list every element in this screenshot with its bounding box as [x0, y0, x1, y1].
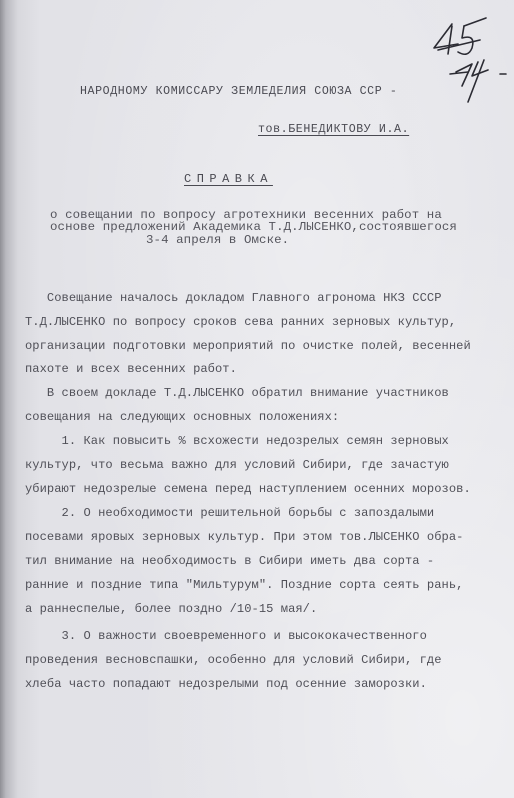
- body-line: культур, что весьма важно для условий Си…: [25, 458, 449, 472]
- body-line: хлеба часто попадают недозрелыми под осе…: [25, 677, 427, 691]
- body-line: Т.Д.ЛЫСЕНКО по вопросу сроков сева ранни…: [25, 315, 456, 329]
- body-line: 1. Как повысить % всхожести недозрелых с…: [25, 434, 449, 448]
- document-title: СПРАВКА: [184, 172, 273, 186]
- body-line: посевами яровых зерновых культур. При эт…: [25, 530, 463, 544]
- body-line: совещания на следующих основных положени…: [25, 410, 339, 424]
- body-line: ранние и поздние типа "Мильтурум". Поздн…: [25, 578, 463, 592]
- body-line: 3. О важности своевременного и высококач…: [25, 629, 427, 643]
- body-line: 2. О необходимости решительной борьбы с …: [25, 506, 434, 520]
- body-line: Совещание началось докладом Главного агр…: [25, 291, 442, 305]
- body-line: пахоте и всех весенних работ.: [25, 362, 237, 376]
- body-line: а раннеспелые, более поздно /10-15 мая/.: [25, 602, 317, 616]
- body-line: убирают недозрелые семена перед наступле…: [25, 482, 471, 496]
- addressee-line: НАРОДНОМУ КОМИССАРУ ЗЕМЛЕДЕЛИЯ СОЮЗА ССР…: [80, 85, 397, 99]
- body-line: В своем докладе Т.Д.ЛЫСЕНКО обратил вним…: [25, 386, 449, 400]
- subject-line: основе предложений Академика Т.Д.ЛЫСЕНКО…: [50, 221, 457, 233]
- handwritten-annotation: [428, 14, 510, 104]
- body-line: проведения весновспашки, особенно для ус…: [25, 653, 442, 667]
- body-line: тил внимание на необходимость в Сибири и…: [25, 554, 434, 568]
- subject-line: 3-4 апреля в Омске.: [146, 234, 289, 246]
- document-page: НАРОДНОМУ КОМИССАРУ ЗЕМЛЕДЕЛИЯ СОЮЗА ССР…: [0, 0, 514, 798]
- body-line: организации подготовки мероприятий по оч…: [25, 339, 471, 353]
- recipient-line: тов.БЕНЕДИКТОВУ И.А.: [258, 123, 409, 137]
